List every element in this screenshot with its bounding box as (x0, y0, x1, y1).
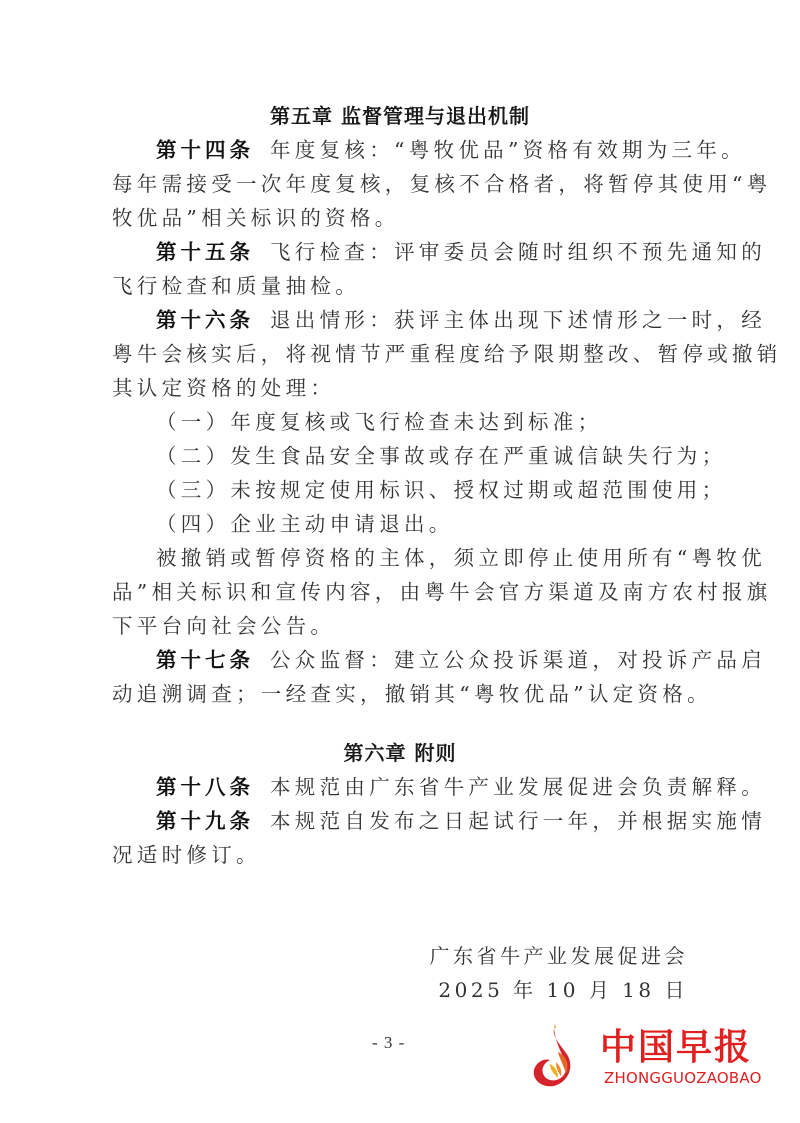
page-number: - 3 - (372, 1033, 405, 1053)
article-19-text-2: 况适时修订。 (112, 842, 692, 868)
article-19-number: 第十九条 (156, 809, 254, 833)
article-16-after-2: 品”相关标识和宣传内容，由粤牛会官方渠道及南方农村报旗 (112, 579, 692, 605)
article-17-number: 第十七条 (156, 648, 254, 672)
article-16: 第十六条退出情形：获评主体出现下述情形之一时，经 (156, 307, 736, 333)
article-17: 第十七条公众监督：建立公众投诉渠道，对投诉产品启 (156, 647, 736, 673)
signature-date: 2025 年 10 月 18 日 (438, 977, 688, 1003)
watermark-title: 中国早报 (600, 1028, 752, 1068)
flame-logo-icon (528, 1024, 598, 1094)
article-19: 第十九条本规范自发布之日起试行一年，并根据实施情 (156, 808, 736, 834)
watermark-subtitle: ZHONGGUOZAOBAO (604, 1069, 762, 1087)
article-14-text-1: 年度复核：“粤牧优品”资格有效期为三年。 (270, 138, 746, 162)
chapter-5-title: 第五章 监督管理与退出机制 (0, 103, 800, 129)
article-14-text-3: 牧优品”相关标识的资格。 (112, 205, 692, 231)
article-16-after-1: 被撤销或暂停资格的主体，须立即停止使用所有“粤牧优 (156, 545, 736, 571)
article-17-text-2: 动追溯调查；一经查实，撤销其“粤牧优品”认定资格。 (112, 681, 692, 707)
article-15-number: 第十五条 (156, 240, 254, 264)
article-14-number: 第十四条 (156, 138, 254, 162)
article-18-text-1: 本规范由广东省牛产业发展促进会负责解释。 (270, 775, 766, 799)
article-18: 第十八条本规范由广东省牛产业发展促进会负责解释。 (156, 774, 736, 800)
article-16-after-3: 下平台向社会公告。 (112, 613, 692, 639)
article-15-text-2: 飞行检查和质量抽检。 (112, 273, 692, 299)
article-14: 第十四条年度复核：“粤牧优品”资格有效期为三年。 (156, 137, 736, 163)
article-16-text-1: 退出情形：获评主体出现下述情形之一时，经 (270, 308, 766, 332)
signature-org: 广东省牛产业发展促进会 (430, 943, 689, 969)
article-16-number: 第十六条 (156, 308, 254, 332)
article-16-item-4: （四）企业主动申请退出。 (156, 511, 736, 537)
article-15-text-1: 飞行检查：评审委员会随时组织不预先通知的 (270, 240, 766, 264)
article-16-item-2: （二）发生食品安全事故或存在严重诚信缺失行为； (156, 443, 736, 469)
article-16-item-3: （三）未按规定使用标识、授权过期或超范围使用； (156, 477, 736, 503)
document-page: 第五章 监督管理与退出机制 第十四条年度复核：“粤牧优品”资格有效期为三年。 每… (0, 0, 800, 1123)
article-17-text-1: 公众监督：建立公众投诉渠道，对投诉产品启 (270, 648, 766, 672)
chapter-6-title: 第六章 附则 (0, 740, 800, 766)
article-15: 第十五条飞行检查：评审委员会随时组织不预先通知的 (156, 239, 736, 265)
article-14-text-2: 每年需接受一次年度复核，复核不合格者，将暂停其使用“粤 (112, 171, 692, 197)
article-16-text-3: 其认定资格的处理： (112, 375, 692, 401)
watermark: 中国早报 ZHONGGUOZAOBAO (528, 1024, 778, 1094)
article-16-item-1: （一）年度复核或飞行检查未达到标准； (156, 409, 736, 435)
article-18-number: 第十八条 (156, 775, 254, 799)
article-16-text-2: 粤牛会核实后，将视情节严重程度给予限期整改、暂停或撤销 (112, 341, 692, 367)
article-19-text-1: 本规范自发布之日起试行一年，并根据实施情 (270, 809, 766, 833)
